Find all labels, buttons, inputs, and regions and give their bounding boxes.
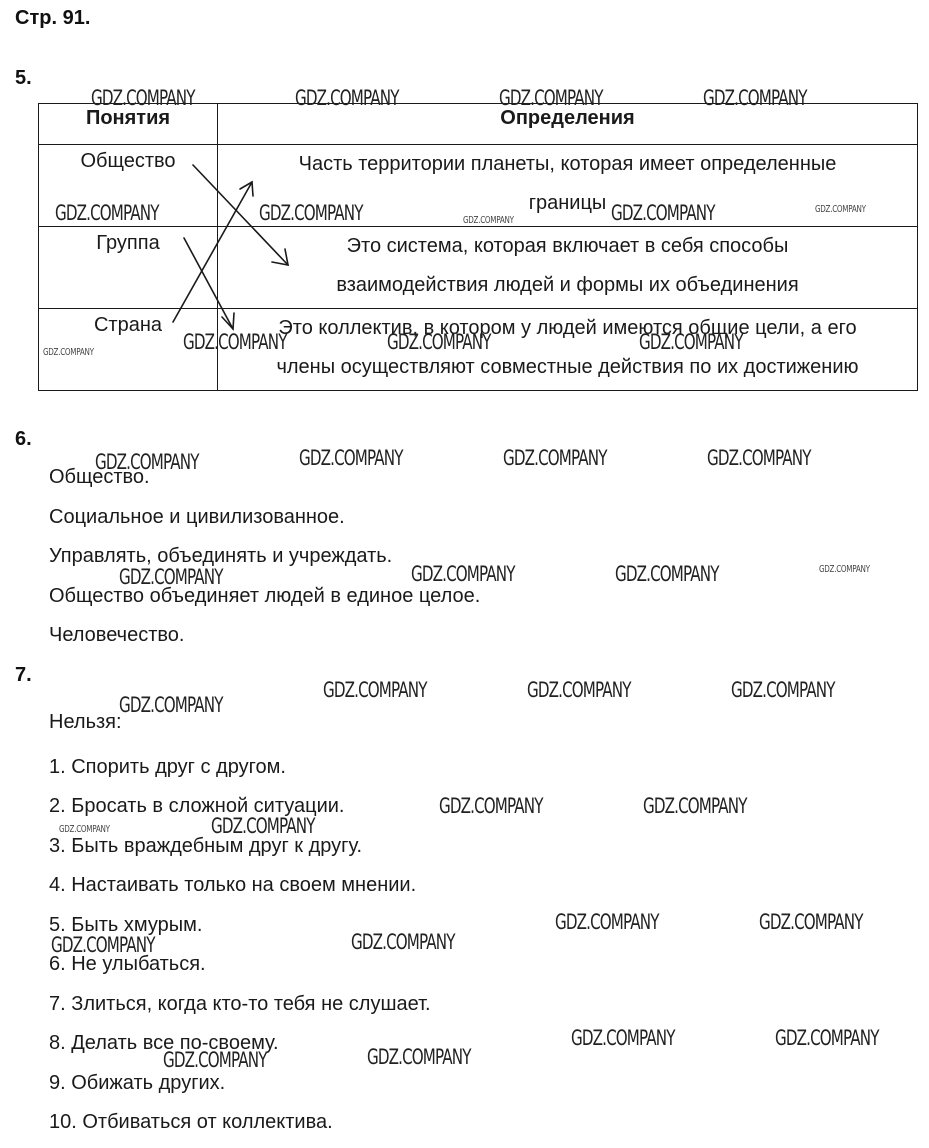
task-5-number: 5.	[15, 67, 32, 90]
definition-system-line2: взаимодействия людей и формы их объедине…	[218, 266, 917, 305]
watermark: GDZ.COMPANY	[439, 796, 543, 817]
list-item: 1. Спорить друг с другом.	[49, 756, 286, 779]
watermark: GDZ.COMPANY	[815, 205, 866, 215]
watermark: GDZ.COMPANY	[527, 680, 631, 701]
watermark: GDZ.COMPANY	[119, 567, 223, 588]
watermark: GDZ.COMPANY	[95, 452, 199, 473]
list-intro: Нельзя:	[49, 711, 122, 734]
concept-society: Общество	[80, 150, 175, 172]
watermark: GDZ.COMPANY	[299, 448, 403, 469]
watermark: GDZ.COMPANY	[499, 88, 603, 109]
watermark: GDZ.COMPANY	[367, 1047, 471, 1068]
watermark: GDZ.COMPANY	[351, 932, 455, 953]
watermark: GDZ.COMPANY	[411, 564, 515, 585]
task-6-number: 6.	[15, 428, 32, 451]
watermark: GDZ.COMPANY	[611, 203, 715, 224]
watermark: GDZ.COMPANY	[571, 1028, 675, 1049]
watermark: GDZ.COMPANY	[119, 695, 223, 716]
watermark: GDZ.COMPANY	[43, 348, 94, 358]
watermark: GDZ.COMPANY	[503, 448, 607, 469]
watermark: GDZ.COMPANY	[615, 564, 719, 585]
definition-cell: Это коллектив, в котором у людей имеются…	[218, 309, 918, 391]
watermark: GDZ.COMPANY	[555, 912, 659, 933]
watermark: GDZ.COMPANY	[183, 332, 287, 353]
watermark: GDZ.COMPANY	[819, 565, 870, 575]
watermark: GDZ.COMPANY	[211, 816, 315, 837]
watermark: GDZ.COMPANY	[323, 680, 427, 701]
watermark: GDZ.COMPANY	[731, 680, 835, 701]
watermark: GDZ.COMPANY	[59, 825, 110, 835]
watermark: GDZ.COMPANY	[703, 88, 807, 109]
watermark: GDZ.COMPANY	[759, 912, 863, 933]
list-item: 3. Быть враждебным друг к другу.	[49, 835, 362, 858]
concept-cell: Группа	[39, 227, 218, 309]
list-item: 9. Обижать других.	[49, 1072, 225, 1095]
definition-territory-line1: Часть территории планеты, которая имеет …	[218, 145, 917, 184]
page-title: Стр. 91.	[15, 7, 90, 30]
watermark: GDZ.COMPANY	[163, 1050, 267, 1071]
watermark: GDZ.COMPANY	[295, 88, 399, 109]
watermark: GDZ.COMPANY	[639, 332, 743, 353]
answer-line: Общество объединяет людей в единое целое…	[49, 585, 480, 608]
watermark: GDZ.COMPANY	[387, 332, 491, 353]
task-7-number: 7.	[15, 664, 32, 687]
watermark: GDZ.COMPANY	[707, 448, 811, 469]
watermark: GDZ.COMPANY	[643, 796, 747, 817]
watermark: GDZ.COMPANY	[259, 203, 363, 224]
watermark: GDZ.COMPANY	[51, 935, 155, 956]
definition-system-line1: Это система, которая включает в себя спо…	[218, 227, 917, 266]
watermark: GDZ.COMPANY	[775, 1028, 879, 1049]
definition-collective-line1: Это коллектив, в котором у людей имеются…	[218, 309, 917, 348]
list-item: 4. Настаивать только на своем мнении.	[49, 874, 416, 897]
list-item: 7. Злиться, когда кто-то тебя не слушает…	[49, 993, 431, 1016]
concept-group: Группа	[96, 232, 159, 254]
list-item: 10. Отбиваться от коллектива.	[49, 1111, 333, 1134]
answer-line: Человечество.	[49, 624, 184, 647]
definition-cell: Это система, которая включает в себя спо…	[218, 227, 918, 309]
answer-line: Социальное и цивилизованное.	[49, 506, 345, 529]
table-row: Группа Это система, которая включает в с…	[39, 227, 918, 309]
watermark: GDZ.COMPANY	[463, 216, 514, 226]
watermark: GDZ.COMPANY	[55, 203, 159, 224]
concept-country: Страна	[94, 314, 162, 336]
watermark: GDZ.COMPANY	[91, 88, 195, 109]
definition-collective-line2: члены осуществляют совместные действия п…	[218, 348, 917, 387]
